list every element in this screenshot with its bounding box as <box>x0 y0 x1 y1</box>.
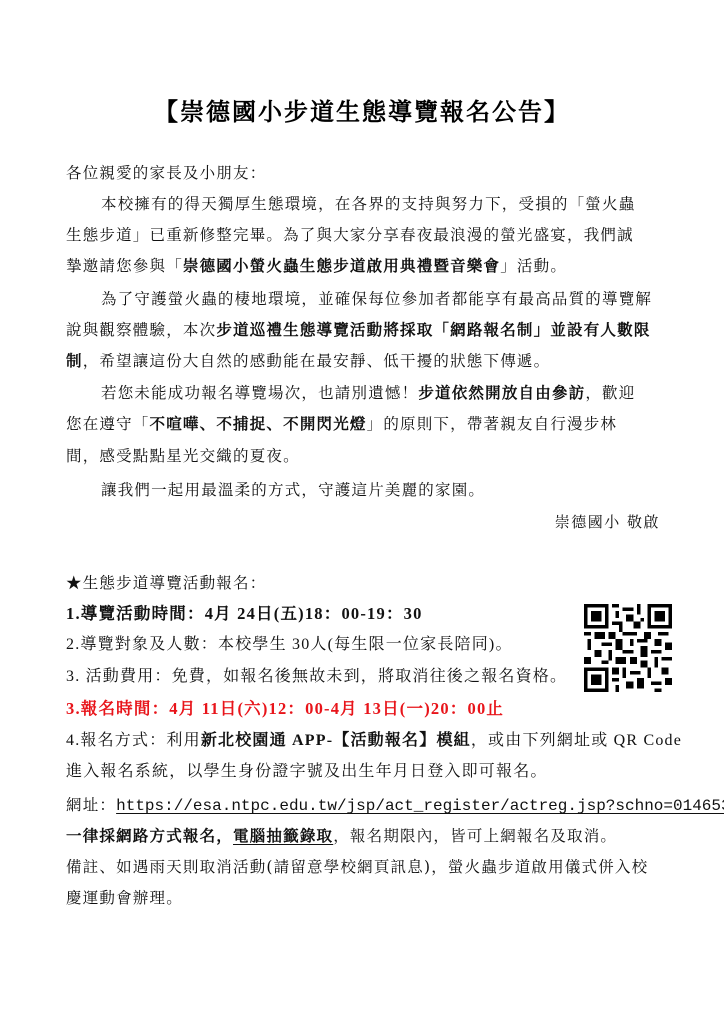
text: ，或由下列網址或 QR Code <box>471 732 682 749</box>
registration-url-link[interactable]: https://esa.ntpc.edu.tw/jsp/act_register… <box>116 797 724 815</box>
item-value: 4月 24日(五)18：00-19：30 <box>205 604 423 623</box>
para3-line2: 您在遵守「不喧嘩、不捕捉、不開閃光燈」的原則下，帶著親友自行漫步林 <box>66 414 617 434</box>
para3-line1: 若您未能成功報名導覽場次，也請別遺憾！步道依然開放自由參訪，歡迎 <box>101 383 635 403</box>
page-title: 【崇德國小步道生態導覽報名公告】 <box>0 92 724 127</box>
url-line: 網址：https://esa.ntpc.edu.tw/jsp/act_regis… <box>66 795 724 816</box>
text: 摯邀請您參與「 <box>66 257 183 275</box>
signature: 崇德國小 敬啟 <box>555 511 660 532</box>
item-fee: 3. 活動費用：免費，如報名後無故未到，將取消往後之報名資格。 <box>66 667 567 687</box>
para1-line1: 本校擁有的得天獨厚生態環境，在各界的支持與努力下，受損的「螢火蟲 <box>101 194 635 214</box>
para2-line2: 說與觀察體驗，本次步道巡禮生態導覽活動將採取「網路報名制」並設有人數限 <box>66 320 651 340</box>
item-label: 1.導覽活動時間： <box>66 604 205 623</box>
para2-line3: 制，希望讓這份大自然的感動能在最安靜、低干擾的狀態下傳遞。 <box>66 351 550 371</box>
text: 4.報名方式：利用 <box>66 732 201 749</box>
item-method-line2: 進入報名系統，以學生身份證字號及出生年月日登入即可報名。 <box>66 762 548 782</box>
emphasis: 步道依然開放自由參訪 <box>418 383 585 402</box>
registration-heading: ★生態步道導覽活動報名： <box>66 573 266 593</box>
item-registration-time: 3.報名時間：4月 11日(六)12：00-4月 13日(一)20：00止 <box>66 699 504 719</box>
para1-line2: 生態步道」已重新修整完畢。為了與大家分享春夜最浪漫的螢光盛宴，我們誠 <box>66 225 634 245</box>
method-line: 一律採網路方式報名，電腦抽籤錄取，報名期限內，皆可上網報名及取消。 <box>66 826 617 846</box>
greeting: 各位親愛的家長及小朋友： <box>66 163 266 183</box>
text: ，歡迎 <box>585 384 635 402</box>
text: 若您未能成功報名導覽場次，也請別遺憾！ <box>101 384 418 402</box>
emphasis: 一律採網路方式報名， <box>66 826 233 845</box>
lottery-emphasis: 電腦抽籤錄取 <box>233 826 333 845</box>
para3-line3: 間，感受點點星光交織的夏夜。 <box>66 446 300 466</box>
para4: 讓我們一起用最溫柔的方式，守護這片美麗的家園。 <box>101 480 485 500</box>
item-activity-time: 1.導覽活動時間：4月 24日(五)18：00-19：30 <box>66 604 423 624</box>
text: 」的原則下，帶著親友自行漫步林 <box>367 415 618 433</box>
text: 說與觀察體驗，本次 <box>66 321 216 339</box>
text: ，希望讓這份大自然的感動能在最安靜、低干擾的狀態下傳遞。 <box>83 352 551 370</box>
para1-line3: 摯邀請您參與「崇德國小螢火蟲生態步道啟用典禮暨音樂會」活動。 <box>66 256 567 276</box>
text: 」活動。 <box>500 257 567 275</box>
note-line2: 慶運動會辦理。 <box>66 888 183 908</box>
note-line1: 備註、如遇雨天則取消活動(請留意學校網頁訊息)，螢火蟲步道啟用儀式併入校 <box>66 857 648 877</box>
emphasis: 制 <box>66 351 83 370</box>
rules: 不喧嘩、不捕捉、不開閃光燈 <box>150 414 367 433</box>
announcement-page: 【崇德國小步道生態導覽報名公告】 各位親愛的家長及小朋友： 本校擁有的得天獨厚生… <box>0 0 724 1024</box>
item-method-line1: 4.報名方式：利用新北校園通 APP-【活動報名】模組，或由下列網址或 QR C… <box>66 731 682 751</box>
qr-code-icon[interactable] <box>584 604 672 692</box>
app-module: 新北校園通 APP-【活動報名】模組 <box>201 732 471 749</box>
item-target: 2.導覽對象及人數：本校學生 30人(每生限一位家長陪同)。 <box>66 635 513 655</box>
event-name: 崇德國小螢火蟲生態步道啟用典禮暨音樂會 <box>183 256 500 275</box>
text: ，報名期限內，皆可上網報名及取消。 <box>333 827 617 845</box>
emphasis: 步道巡禮生態導覽活動將採取「網路報名制」並設有人數限 <box>216 320 650 339</box>
para2-line1: 為了守護螢火蟲的棲地環境，並確保每位參加者都能享有最高品質的導覽解 <box>101 289 652 309</box>
text: 您在遵守「 <box>66 415 150 433</box>
url-label: 網址： <box>66 796 116 814</box>
